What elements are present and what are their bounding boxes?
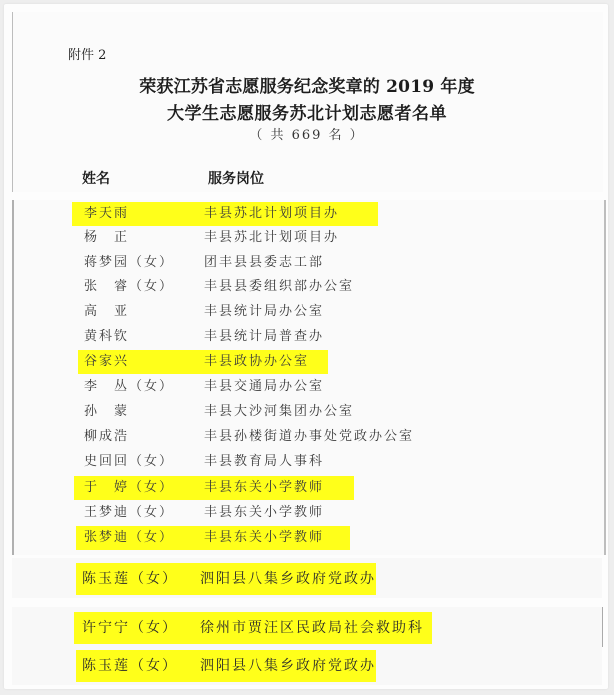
volunteer-name: 孙 蒙 — [84, 400, 129, 424]
volunteer-name: 王梦迪（女） — [84, 501, 174, 525]
service-post: 泗阳县八集乡政府党政办 — [200, 563, 376, 595]
highlighted-entry-strip: 许宁宁（女）徐州市贾汪区民政局社会救助科 — [12, 607, 603, 647]
volunteer-name: 陈玉莲（女） — [82, 563, 178, 595]
highlighted-entry-strip: 陈玉莲（女）泗阳县八集乡政府党政办 — [12, 645, 602, 685]
volunteer-name: 许宁宁（女） — [82, 612, 178, 644]
volunteer-name: 柳成浩 — [84, 425, 129, 449]
column-header-post: 服务岗位 — [208, 168, 264, 188]
service-post: 丰县交通局办公室 — [204, 375, 324, 399]
service-post: 丰县孙楼街道办事处党政办公室 — [204, 425, 414, 449]
list-item: 黄科钦丰县统计局普查办 — [84, 325, 504, 349]
list-item: 孙 蒙丰县大沙河集团办公室 — [84, 400, 504, 424]
highlighted-entry-strip: 陈玉莲（女）泗阳县八集乡政府党政办 — [12, 558, 602, 598]
list-item: 王梦迪（女）丰县东关小学教师 — [84, 501, 504, 525]
volunteer-name: 张梦迪（女） — [84, 526, 174, 550]
service-post: 团丰县县委志工部 — [204, 251, 324, 275]
volunteer-name: 谷家兴 — [84, 350, 129, 374]
volunteer-name: 李 丛（女） — [84, 375, 174, 399]
document-subtitle-count: （ 共 669 名 ） — [0, 124, 614, 143]
list-item: 史回回（女）丰县教育局人事科 — [84, 450, 504, 474]
volunteer-name: 陈玉莲（女） — [82, 650, 178, 682]
service-post: 丰县苏北计划项目办 — [204, 226, 339, 250]
attachment-label: 附件 2 — [68, 44, 106, 63]
list-item: 柳成浩丰县孙楼街道办事处党政办公室 — [84, 425, 504, 449]
service-post: 丰县苏北计划项目办 — [204, 202, 339, 226]
list-item: 谷家兴丰县政协办公室 — [84, 350, 504, 374]
service-post: 丰县东关小学教师 — [204, 526, 324, 550]
list-item: 杨 正丰县苏北计划项目办 — [84, 226, 504, 250]
list-item: 李天雨丰县苏北计划项目办 — [84, 202, 504, 226]
column-header-name: 姓名 — [82, 168, 110, 188]
volunteer-name: 张 睿（女） — [84, 275, 174, 299]
list-item: 张 睿（女）丰县县委组织部办公室 — [84, 275, 504, 299]
service-post: 丰县东关小学教师 — [204, 476, 324, 500]
volunteer-name: 黄科钦 — [84, 325, 129, 349]
list-item: 于 婷（女）丰县东关小学教师 — [84, 476, 504, 500]
document-title-line1: 荣获江苏省志愿服务纪念奖章的 2019 年度 — [0, 72, 614, 97]
service-post: 泗阳县八集乡政府党政办 — [200, 650, 376, 682]
document-title-line2: 大学生志愿服务苏北计划志愿者名单 — [0, 99, 614, 124]
service-post: 丰县东关小学教师 — [204, 501, 324, 525]
volunteer-name: 杨 正 — [84, 226, 129, 250]
service-post: 丰县统计局办公室 — [204, 300, 324, 324]
service-post: 丰县政协办公室 — [204, 350, 309, 374]
volunteer-name: 史回回（女） — [84, 450, 174, 474]
volunteer-name: 于 婷（女） — [84, 476, 174, 500]
list-item: 张梦迪（女）丰县东关小学教师 — [84, 526, 504, 550]
volunteer-name: 李天雨 — [84, 202, 129, 226]
service-post: 丰县大沙河集团办公室 — [204, 400, 354, 424]
list-item: 高 亚丰县统计局办公室 — [84, 300, 504, 324]
service-post: 徐州市贾汪区民政局社会救助科 — [200, 612, 424, 644]
service-post: 丰县县委组织部办公室 — [204, 275, 354, 299]
list-item: 李 丛（女）丰县交通局办公室 — [84, 375, 504, 399]
list-item: 蒋梦园（女）团丰县县委志工部 — [84, 251, 504, 275]
volunteer-name: 蒋梦园（女） — [84, 251, 174, 275]
volunteer-name: 高 亚 — [84, 300, 129, 324]
service-post: 丰县统计局普查办 — [204, 325, 324, 349]
service-post: 丰县教育局人事科 — [204, 450, 324, 474]
